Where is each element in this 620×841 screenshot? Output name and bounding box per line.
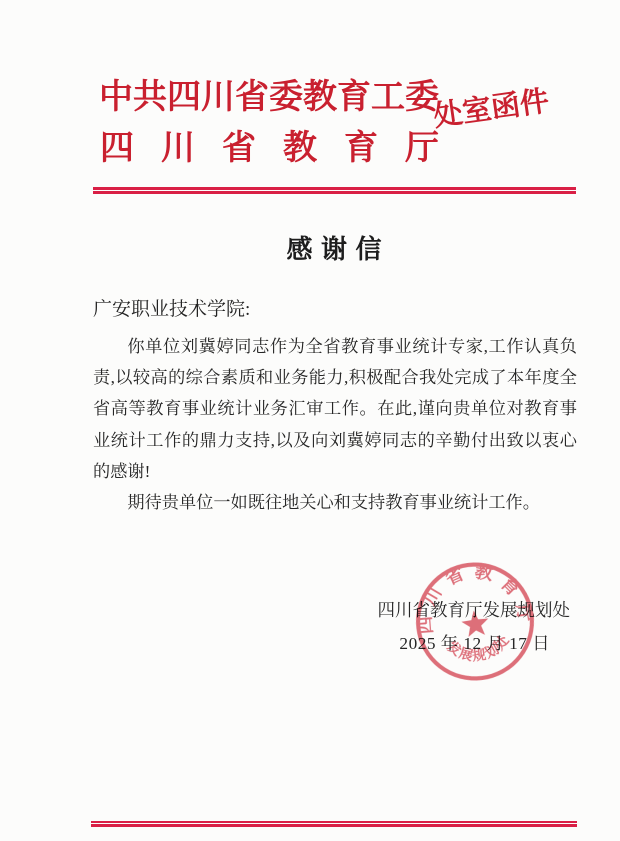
divider-bar-thick: [93, 191, 576, 194]
letterhead-org-line1: 中共四川省委教育工委: [99, 81, 439, 115]
seal-graphic: 四川省教育厅 发展规划处: [407, 551, 544, 692]
letter-signature: 四川省教育厅发展规划处: [93, 600, 570, 621]
footer-divider-rule: [91, 821, 577, 827]
letterhead-divider-rule: [93, 187, 576, 194]
letter-title: 感 谢 信: [93, 234, 576, 265]
scanned-letter-page: 中共四川省委教育工委 四川省教育厅 处室函件 感 谢 信 广安职业技术学院: 你…: [0, 0, 620, 841]
seal-arc-text: 四川省教育厅: [408, 554, 536, 636]
letter-body: 你单位刘冀婷同志作为全省教育事业统计专家,工作认真负责,以较高的综合素质和业务能…: [93, 331, 577, 518]
official-seal-stamp: 四川省教育厅 发展规划处: [407, 551, 544, 692]
letter-paragraph: 你单位刘冀婷同志作为全省教育事业统计专家,工作认真负责,以较高的综合素质和业务能…: [93, 331, 577, 487]
letter-date: 2025 年 12 月 17 日: [93, 634, 550, 655]
divider-bar-thick: [91, 824, 577, 827]
seal-ring: [412, 558, 539, 685]
letter-salutation: 广安职业技术学院:: [93, 299, 250, 322]
letter-paragraph: 期待贵单位一如既往地关心和支持教育事业统计工作。: [93, 487, 577, 518]
letterhead-doc-type-label: 处室函件: [432, 87, 551, 132]
letterhead-org-line2: 四川省教育厅: [100, 132, 466, 166]
